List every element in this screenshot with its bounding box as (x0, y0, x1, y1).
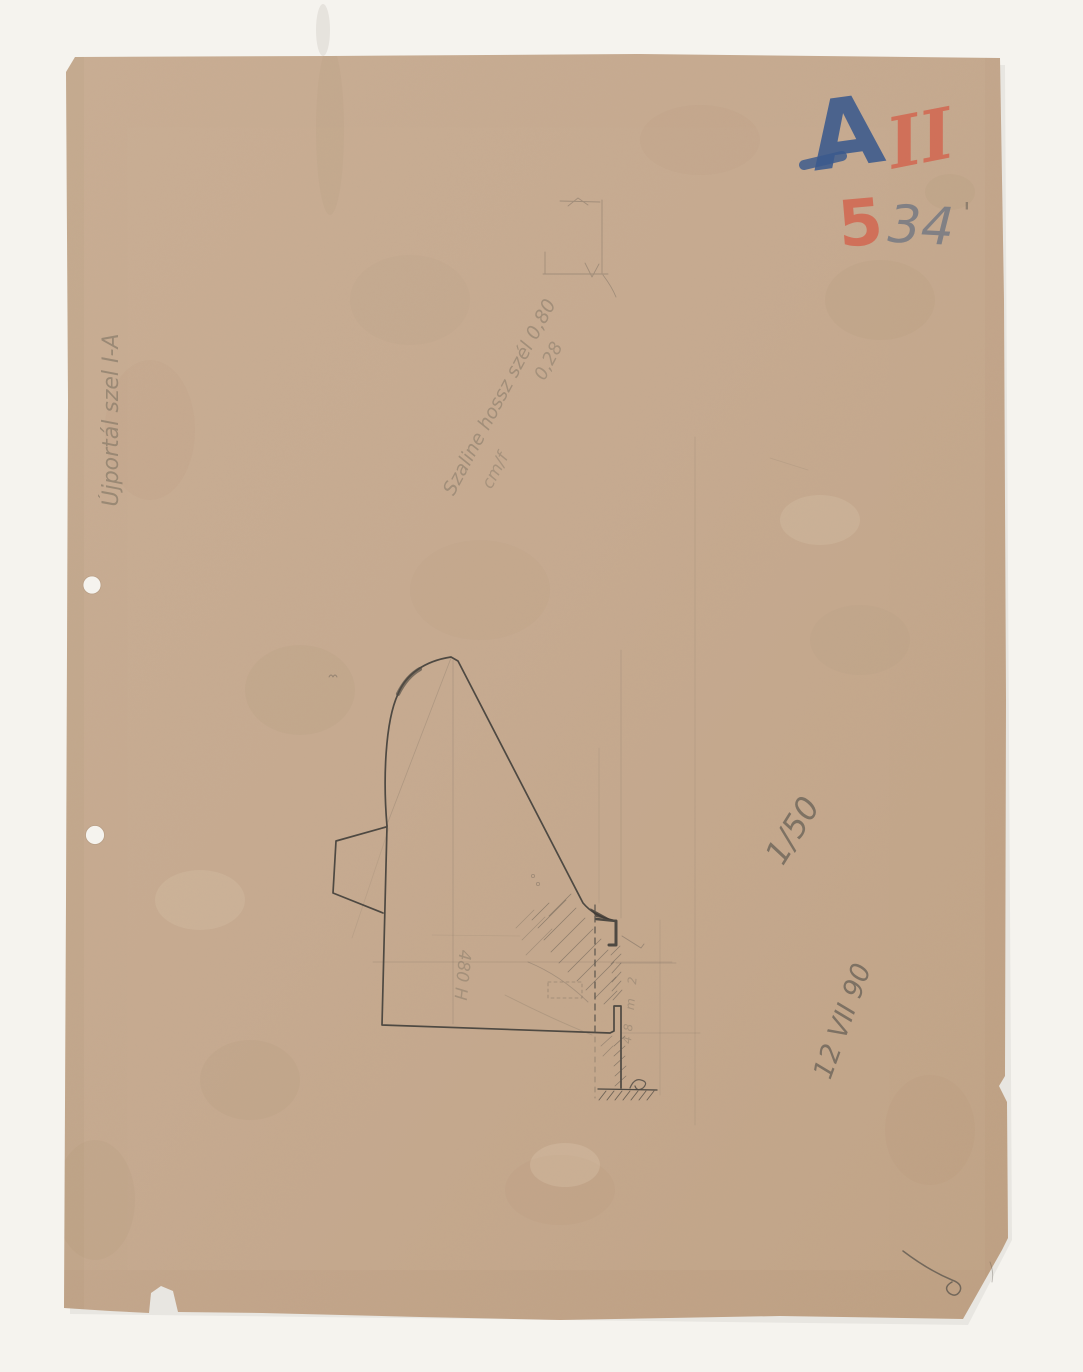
classification-letter-blue: A (802, 74, 891, 193)
punch-hole-top (83, 576, 101, 594)
scanned-drawing-sheet: A II 5 34 ' Újportál szel I-A Szaline ho… (0, 0, 1083, 1372)
tick-mark: ' (963, 196, 971, 229)
scan-background: A II 5 34 ' Újportál szel I-A Szaline ho… (0, 0, 1083, 1372)
note-left-margin: Újportál szel I-A (98, 333, 124, 506)
inventory-number-red: 5 (835, 185, 886, 263)
punch-hole-bottom (86, 826, 105, 845)
background-smudge (316, 4, 330, 56)
inventory-number-pencil: 34 (886, 195, 955, 258)
